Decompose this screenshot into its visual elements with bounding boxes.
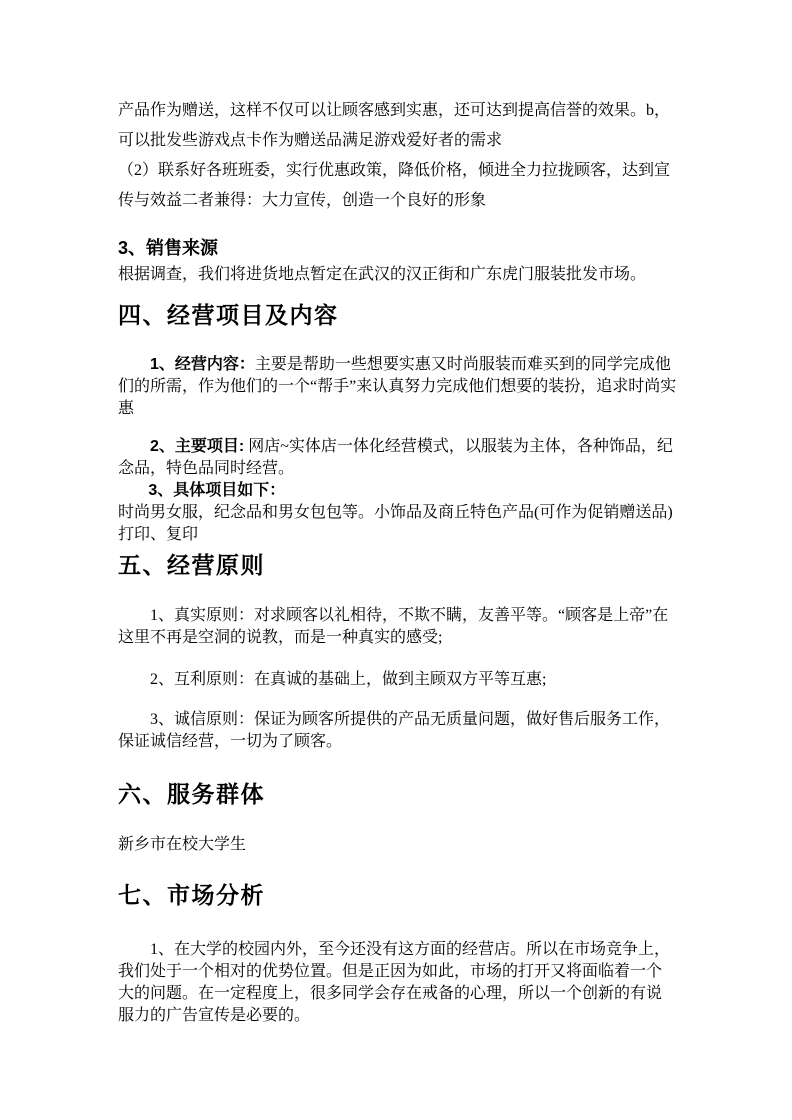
paragraph-item-list: 时尚男女服，纪念品和男女包包等。小饰品及商丘特色产品(可作为促销赠送品)打印、复… bbox=[118, 502, 677, 546]
paragraph-lead-main-items: 2、主要项目: bbox=[150, 438, 244, 455]
paragraph-principle-mutual-benefit: 2、互利原则：在真诚的基础上，做到主顾双方平等互惠; bbox=[118, 669, 677, 691]
paragraph-business-content: 1、经营内容：主要是帮助一些想要实惠又时尚服装而难买到的同学完成他们的所需，作为… bbox=[118, 354, 677, 420]
paragraph-market-analysis: 1、在大学的校园内外，至今还没有这方面的经营店。所以在市场竞争上，我们处于一个相… bbox=[118, 939, 677, 1027]
sub-heading-sales-source: 3、销售来源 bbox=[118, 236, 677, 260]
paragraph-principle-integrity: 3、诚信原则：保证为顾客所提供的产品无质量问题，做好售后服务工作，保证诚信经营，… bbox=[118, 709, 677, 753]
paragraph-principle-truth: 1、真实原则：对求顾客以礼相待，不欺不瞒，友善平等。“顾客是上帝”在这里不再是空… bbox=[118, 605, 677, 649]
section-heading-business-items: 四、经营项目及内容 bbox=[118, 300, 677, 332]
document-page: 产品作为赠送，这样不仅可以让顾客感到实惠，还可达到提高信誉的效果。b，可以批发些… bbox=[0, 0, 792, 1120]
paragraph-main-items: 2、主要项目: 网店~实体店一体化经营模式，以服装为主体，各种饰品，纪念品，特色… bbox=[118, 436, 677, 480]
paragraph-class-committee: （2）联系好各班班委，实行优惠政策，降低价格，倾进全力拉拢顾客，达到宣传与效益二… bbox=[118, 156, 677, 216]
paragraph-gift-products: 产品作为赠送，这样不仅可以让顾客感到实惠，还可达到提高信誉的效果。b，可以批发些… bbox=[118, 96, 677, 156]
section-heading-business-principles: 五、经营原则 bbox=[118, 550, 677, 582]
section-heading-market-analysis: 七、市场分析 bbox=[118, 880, 677, 912]
bold-line-specific-items: 3、具体项目如下： bbox=[118, 480, 677, 502]
paragraph-lead-business-content: 1、经营内容： bbox=[150, 356, 255, 373]
section-heading-service-group: 六、服务群体 bbox=[118, 779, 677, 811]
paragraph-service-group: 新乡市在校大学生 bbox=[118, 834, 677, 856]
paragraph-purchase-locations: 根据调查，我们将进货地点暂定在武汉的汉正街和广东虎门服装批发市场。 bbox=[118, 260, 677, 290]
